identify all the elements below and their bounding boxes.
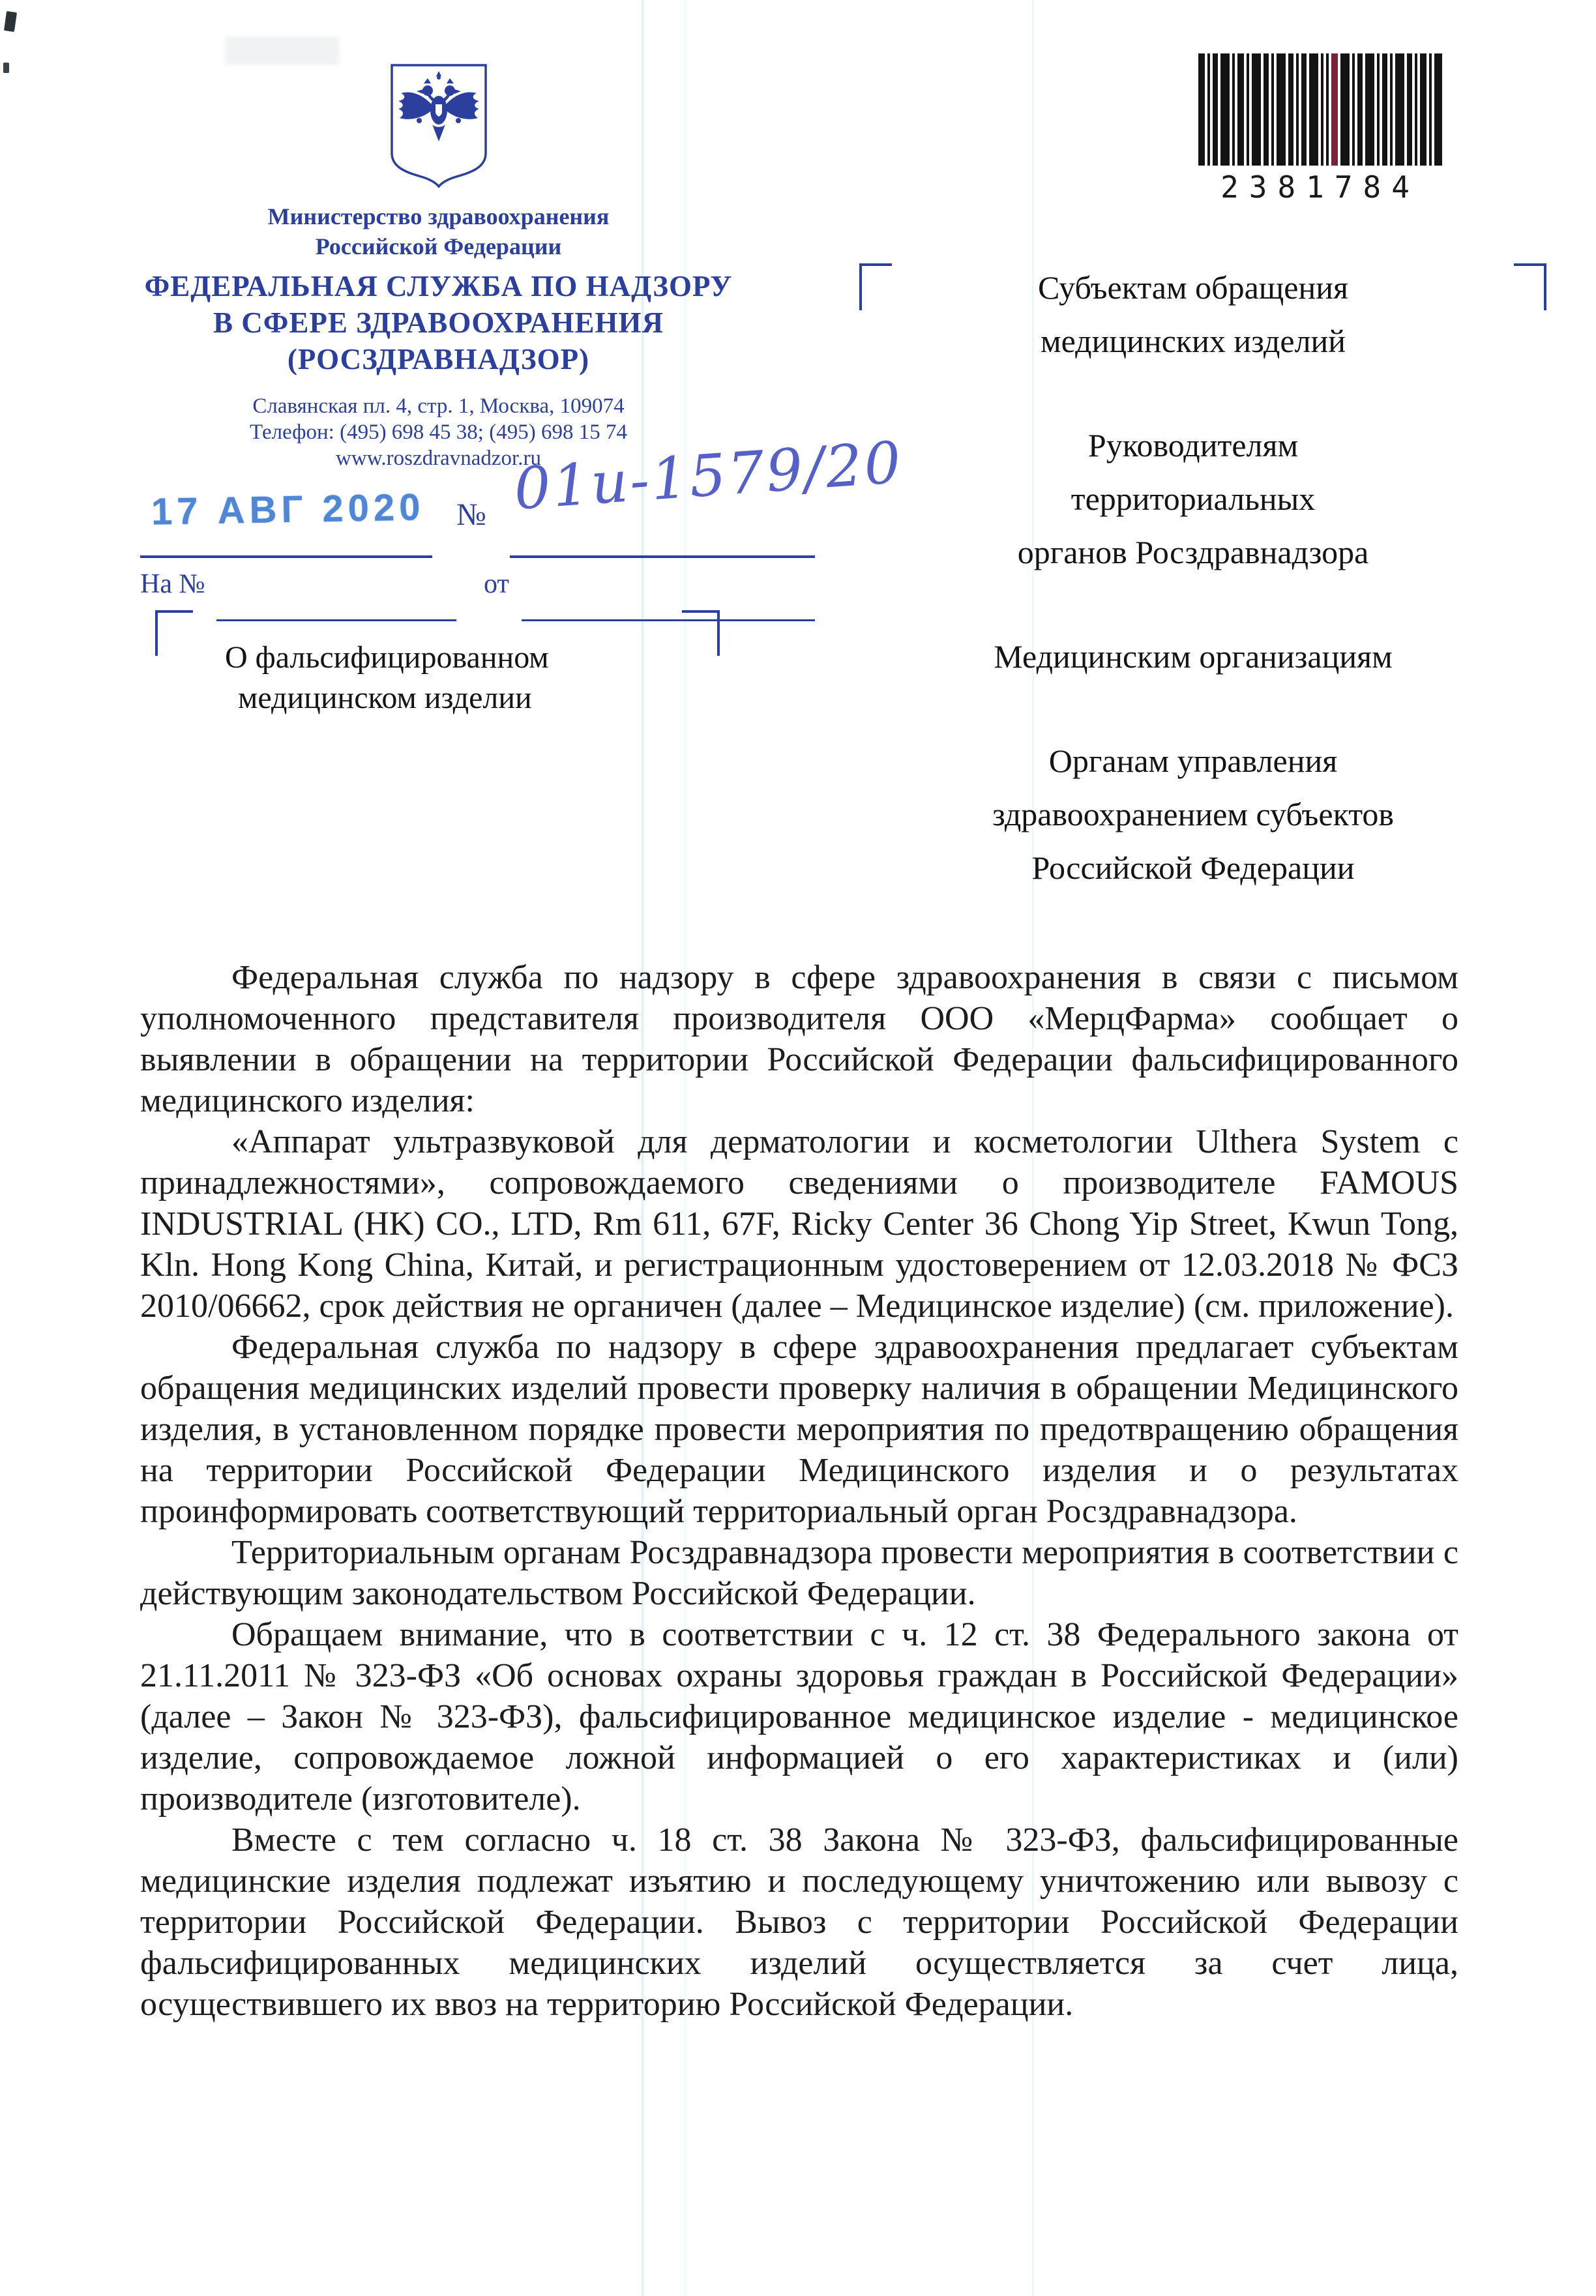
letterhead: Министерство здравоохраненияРоссийской Ф… <box>140 62 737 471</box>
phone-line: Телефон: (495) 698 45 38; (495) 698 15 7… <box>140 419 737 445</box>
body-paragraph: Вместе с тем согласно ч. 18 ст. 38 Закон… <box>140 1819 1458 2025</box>
subject-line: медицинском изделии <box>238 678 549 718</box>
recipient-line: Российской Федерации <box>867 841 1519 894</box>
date-stamp: 17 АВГ 2020 <box>151 485 425 533</box>
reply-number-label: На № <box>140 568 205 600</box>
date-underline <box>140 555 432 558</box>
service-line: В СФЕРЕ ЗДРАВООХРАНЕНИЯ <box>140 304 737 341</box>
number-sign: № <box>456 497 486 533</box>
recipient-line: территориальных <box>867 472 1519 525</box>
coat-of-arms-emblem <box>387 62 491 190</box>
ministry-name: Министерство здравоохраненияРоссийской Ф… <box>140 201 737 261</box>
body-paragraph: «Аппарат ультразвуковой для дерматологии… <box>140 1121 1458 1327</box>
service-line: ФЕДЕРАЛЬНАЯ СЛУЖБА ПО НАДЗОРУ <box>140 268 737 304</box>
service-name: ФЕДЕРАЛЬНАЯ СЛУЖБА ПО НАДЗОРУВ СФЕРЕ ЗДР… <box>140 268 737 377</box>
body-paragraph: Федеральная служба по надзору в сфере зд… <box>140 957 1458 1121</box>
recipient-line: Органам управления <box>867 734 1519 787</box>
reply-date-label: от <box>484 568 509 600</box>
number-underline <box>510 555 815 558</box>
reply-date-underline <box>522 619 815 621</box>
barcode-bars <box>1198 53 1442 166</box>
scan-artifact-speck <box>3 63 9 73</box>
barcode-number: 2381784 <box>1198 169 1442 205</box>
ministry-line: Российской Федерации <box>140 231 737 261</box>
recipient-line: здравоохранением субъектов <box>867 787 1519 841</box>
scan-artifact-speck <box>4 11 17 32</box>
subject-block: О фальсифицированноммедицинском изделии <box>225 638 549 718</box>
subject-corner-left <box>155 610 193 656</box>
body-paragraph: Территориальным органам Росздравнадзора … <box>140 1532 1458 1614</box>
ministry-line: Министерство здравоохранения <box>140 201 737 231</box>
body-paragraph: Федеральная служба по надзору в сфере зд… <box>140 1327 1458 1532</box>
recipient-line: медицинских изделий <box>867 314 1519 368</box>
scan-artifact-smudge <box>225 37 339 65</box>
recipient-line: Руководителям <box>867 419 1519 472</box>
barcode: 2381784 <box>1198 53 1442 205</box>
recipient-line: Медицинским организациям <box>867 630 1519 683</box>
subject-line: О фальсифицированном <box>225 638 549 678</box>
recipient-line: органов Росздравнадзора <box>867 525 1519 579</box>
letter-body: Федеральная служба по надзору в сфере зд… <box>140 957 1458 2025</box>
subject-corner-right <box>682 610 720 656</box>
reply-number-underline <box>216 619 456 621</box>
body-paragraph: Обращаем внимание, что в соответствии с … <box>140 1614 1458 1819</box>
scanned-letter-page: 2381784 <box>0 0 1596 2296</box>
service-line: (РОСЗДРАВНАДЗОР) <box>140 341 737 377</box>
recipients-block: Субъектам обращениямедицинских изделийРу… <box>867 261 1519 894</box>
address-line: Славянская пл. 4, стр. 1, Москва, 109074 <box>140 393 737 419</box>
recipient-line: Субъектам обращения <box>867 261 1519 314</box>
